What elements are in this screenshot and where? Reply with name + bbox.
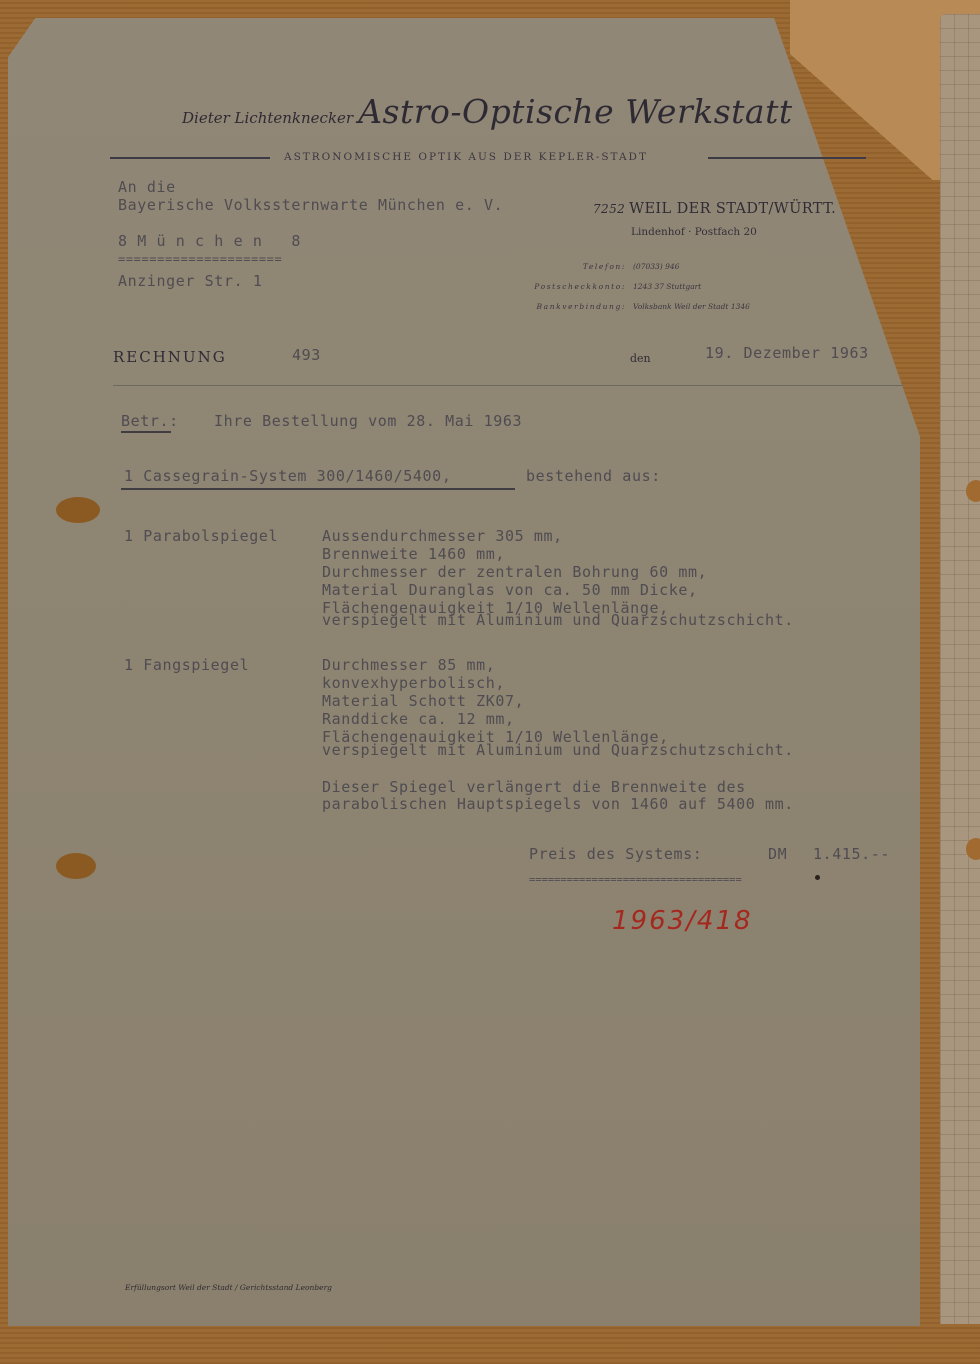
- system-title: 1 Cassegrain-System 300/1460/5400,: [124, 467, 451, 485]
- phone-label: Telefon:: [511, 262, 626, 271]
- punch-hole: [56, 853, 96, 879]
- recipient-name: Bayerische Volkssternwarte München e. V.: [118, 196, 503, 214]
- punch-hole: [56, 497, 100, 523]
- item-spec: Randdicke ca. 12 mm,: [322, 710, 515, 728]
- item-spec: Brennweite 1460 mm,: [322, 545, 505, 563]
- item-spec: Material Duranglas von ca. 50 mm Dicke,: [322, 581, 698, 599]
- item-note: Dieser Spiegel verlängert die Brennweite…: [322, 778, 746, 796]
- company-name: Astro-Optische Werkstatt: [358, 92, 792, 131]
- handwritten-reference: 1963/418: [612, 906, 753, 936]
- phone-value: (07033) 946: [633, 262, 679, 271]
- item-spec: Material Schott ZK07,: [322, 692, 524, 710]
- price-label: Preis des Systems:: [529, 845, 702, 863]
- date-prefix: den: [630, 352, 651, 365]
- recipient-line1: An die: [118, 178, 176, 196]
- item-spec: Durchmesser 85 mm,: [322, 656, 495, 674]
- letterhead-tagline: ASTRONOMISCHE OPTIK AUS DER KEPLER-STADT: [284, 151, 648, 163]
- price-amount: 1.415.--: [813, 845, 890, 863]
- owner-name: Dieter Lichtenknecker: [182, 109, 353, 127]
- price-underline: ==================================: [529, 871, 742, 889]
- invoice-label: RECHNUNG: [113, 348, 227, 366]
- subject-text: Ihre Bestellung vom 28. Mai 1963: [214, 412, 522, 430]
- system-title-underline: [121, 488, 515, 490]
- invoice-date: 19. Dezember 1963: [705, 344, 869, 362]
- recipient-street: Anzinger Str. 1: [118, 272, 262, 290]
- letterhead-rule-right: [708, 157, 866, 159]
- item-spec: verspiegelt mit Aluminium und Quarzschut…: [322, 611, 794, 629]
- sender-city-name: WEIL DER STADT/WÜRTT.: [629, 201, 836, 217]
- header-divider: [113, 385, 903, 386]
- sender-street: Lindenhof · Postfach 20: [631, 226, 757, 238]
- item-spec: verspiegelt mit Aluminium und Quarzschut…: [322, 741, 794, 759]
- item-spec: konvexhyperbolisch,: [322, 674, 505, 692]
- recipient-city: 8 M ü n c h e n 8: [118, 232, 301, 250]
- postscheck-label: Postscheckkonto:: [511, 282, 626, 291]
- subject-underline: [121, 431, 171, 433]
- punch-hole: [966, 838, 980, 860]
- punch-hole: [966, 480, 980, 502]
- sender-city: 7252WEIL DER STADT/WÜRTT.: [593, 201, 836, 217]
- letterhead-rule-left: [110, 157, 270, 159]
- bank-value: Volksbank Weil der Stadt 1346: [633, 302, 750, 311]
- item-spec: Aussendurchmesser 305 mm,: [322, 527, 563, 545]
- item-note: parabolischen Hauptspiegels von 1460 auf…: [322, 795, 794, 813]
- subject-label: Betr.:: [121, 412, 179, 430]
- postscheck-value: 1243 37 Stuttgart: [633, 282, 701, 291]
- recipient-city-underline: =====================: [118, 250, 282, 268]
- item-spec: Durchmesser der zentralen Bohrung 60 mm,: [322, 563, 707, 581]
- letterhead-title: Dieter Lichtenknecker Astro-Optische Wer…: [182, 92, 793, 131]
- footer-legal: Erfüllungsort Weil der Stadt / Gerichtss…: [125, 1283, 332, 1292]
- ink-speck: [815, 875, 820, 880]
- price-currency: DM: [768, 845, 787, 863]
- item-name: 1 Parabolspiegel: [124, 527, 278, 545]
- grid-paper-sheet: [940, 14, 980, 1324]
- item-name: 1 Fangspiegel: [124, 656, 249, 674]
- bank-label: Bankverbindung:: [511, 302, 626, 311]
- invoice-number: 493: [292, 346, 321, 364]
- sender-postcode: 7252: [593, 202, 625, 216]
- system-suffix: bestehend aus:: [526, 467, 661, 485]
